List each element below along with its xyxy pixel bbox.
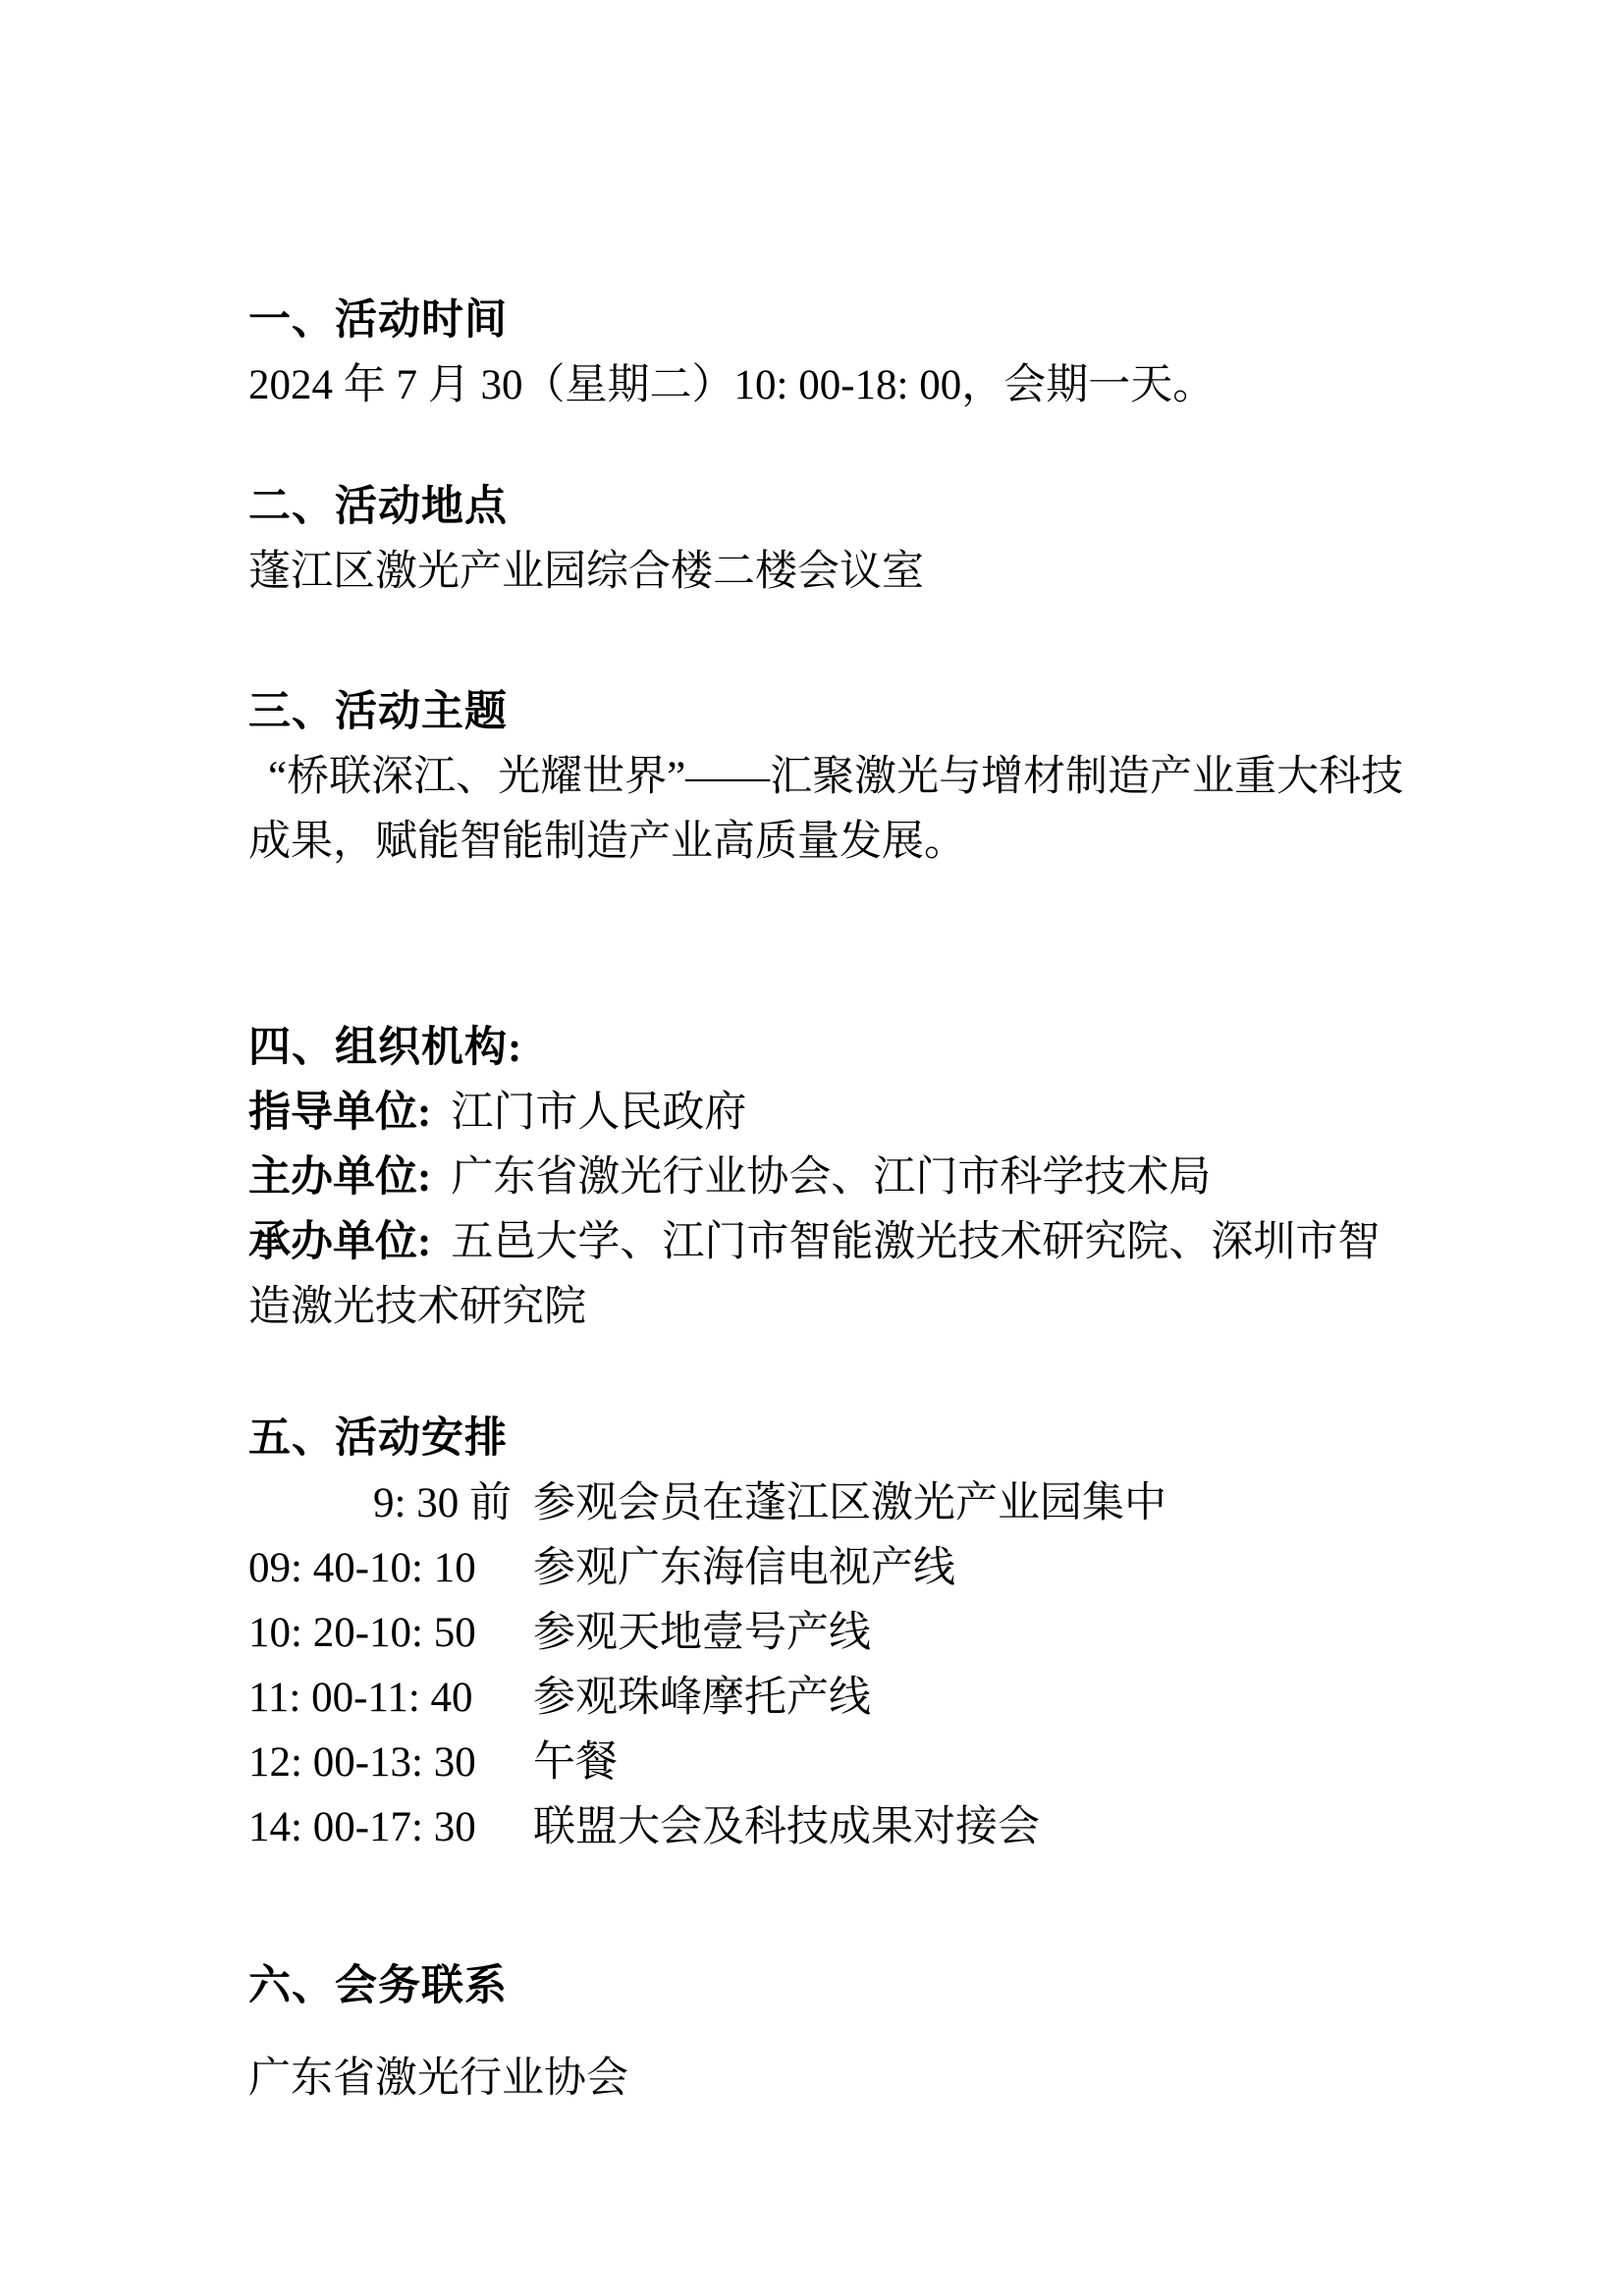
host-unit-label: 主办单位:: [248, 1154, 431, 1201]
contact-heading: 六、会务联系: [248, 1954, 1417, 2019]
activity-theme-heading: 三、活动主题: [248, 680, 1417, 745]
schedule-time: 9: 30 前: [248, 1471, 533, 1536]
schedule-time: 14: 00-17: 30: [248, 1795, 533, 1860]
schedule-activity: 参观珠峰摩托产线: [533, 1666, 871, 1731]
guidance-unit-value: 江门市人民政府: [451, 1090, 746, 1136]
section-organizers: 四、组织机构: 指导单位:江门市人民政府 主办单位:广东省激光行业协会、江门市科…: [248, 1016, 1417, 1340]
org-line-undertaking-unit: 承办单位:五邑大学、江门市智能激光技术研究院、深圳市智造激光技术研究院: [248, 1210, 1417, 1340]
schedule-activity: 参观会员在蓬江区激光产业园集中: [533, 1471, 1166, 1536]
activity-time-text: 2024 年 7 月 30（星期二）10: 00-18: 00，会期一天。: [248, 353, 1417, 418]
contact-organization: 广东省激光行业协会: [248, 2047, 1417, 2111]
document-content: 一、活动时间 2024 年 7 月 30（星期二）10: 00-18: 00，会…: [248, 289, 1417, 2111]
schedule-row: 12: 00-13: 30 午餐: [248, 1731, 1417, 1795]
schedule-time: 10: 20-10: 50: [248, 1601, 533, 1666]
section-contact: 六、会务联系 广东省激光行业协会: [248, 1954, 1417, 2111]
section-activity-location: 二、活动地点 蓬江区激光产业园综合楼二楼会议室: [248, 475, 1417, 605]
organizers-heading: 四、组织机构:: [248, 1016, 1417, 1081]
section-schedule: 五、活动安排 9: 30 前 参观会员在蓬江区激光产业园集中 09: 40-10…: [248, 1407, 1417, 1860]
schedule-row: 14: 00-17: 30 联盟大会及科技成果对接会: [248, 1795, 1417, 1860]
schedule-list: 9: 30 前 参观会员在蓬江区激光产业园集中 09: 40-10: 10 参观…: [248, 1471, 1417, 1860]
document-page: 一、活动时间 2024 年 7 月 30（星期二）10: 00-18: 00，会…: [0, 0, 1624, 2296]
activity-location-heading: 二、活动地点: [248, 475, 1417, 540]
schedule-time: 12: 00-13: 30: [248, 1731, 533, 1795]
org-line-host-unit: 主办单位:广东省激光行业协会、江门市科学技术局: [248, 1146, 1417, 1210]
section-activity-time: 一、活动时间 2024 年 7 月 30（星期二）10: 00-18: 00，会…: [248, 289, 1417, 418]
schedule-row: 9: 30 前 参观会员在蓬江区激光产业园集中: [248, 1471, 1417, 1536]
activity-theme-text: “桥联深江、光耀世界”——汇聚激光与增材制造产业重大科技成果，赋能智能制造产业高…: [248, 745, 1417, 875]
schedule-activity: 参观广东海信电视产线: [533, 1536, 955, 1601]
schedule-activity: 联盟大会及科技成果对接会: [533, 1795, 1040, 1860]
schedule-heading: 五、活动安排: [248, 1407, 1417, 1471]
schedule-activity: 参观天地壹号产线: [533, 1601, 871, 1666]
activity-time-heading: 一、活动时间: [248, 289, 1417, 353]
guidance-unit-label: 指导单位:: [248, 1090, 431, 1136]
schedule-time: 11: 00-11: 40: [248, 1666, 533, 1731]
schedule-row: 11: 00-11: 40 参观珠峰摩托产线: [248, 1666, 1417, 1731]
host-unit-value: 广东省激光行业协会、江门市科学技术局: [451, 1154, 1211, 1201]
section-activity-theme: 三、活动主题 “桥联深江、光耀世界”——汇聚激光与增材制造产业重大科技成果，赋能…: [248, 680, 1417, 875]
undertaking-unit-label: 承办单位:: [248, 1219, 431, 1265]
schedule-time: 09: 40-10: 10: [248, 1536, 533, 1601]
activity-location-text: 蓬江区激光产业园综合楼二楼会议室: [248, 540, 1417, 605]
schedule-row: 09: 40-10: 10 参观广东海信电视产线: [248, 1536, 1417, 1601]
org-line-guidance-unit: 指导单位:江门市人民政府: [248, 1081, 1417, 1146]
schedule-row: 10: 20-10: 50 参观天地壹号产线: [248, 1601, 1417, 1666]
schedule-activity: 午餐: [533, 1731, 618, 1795]
